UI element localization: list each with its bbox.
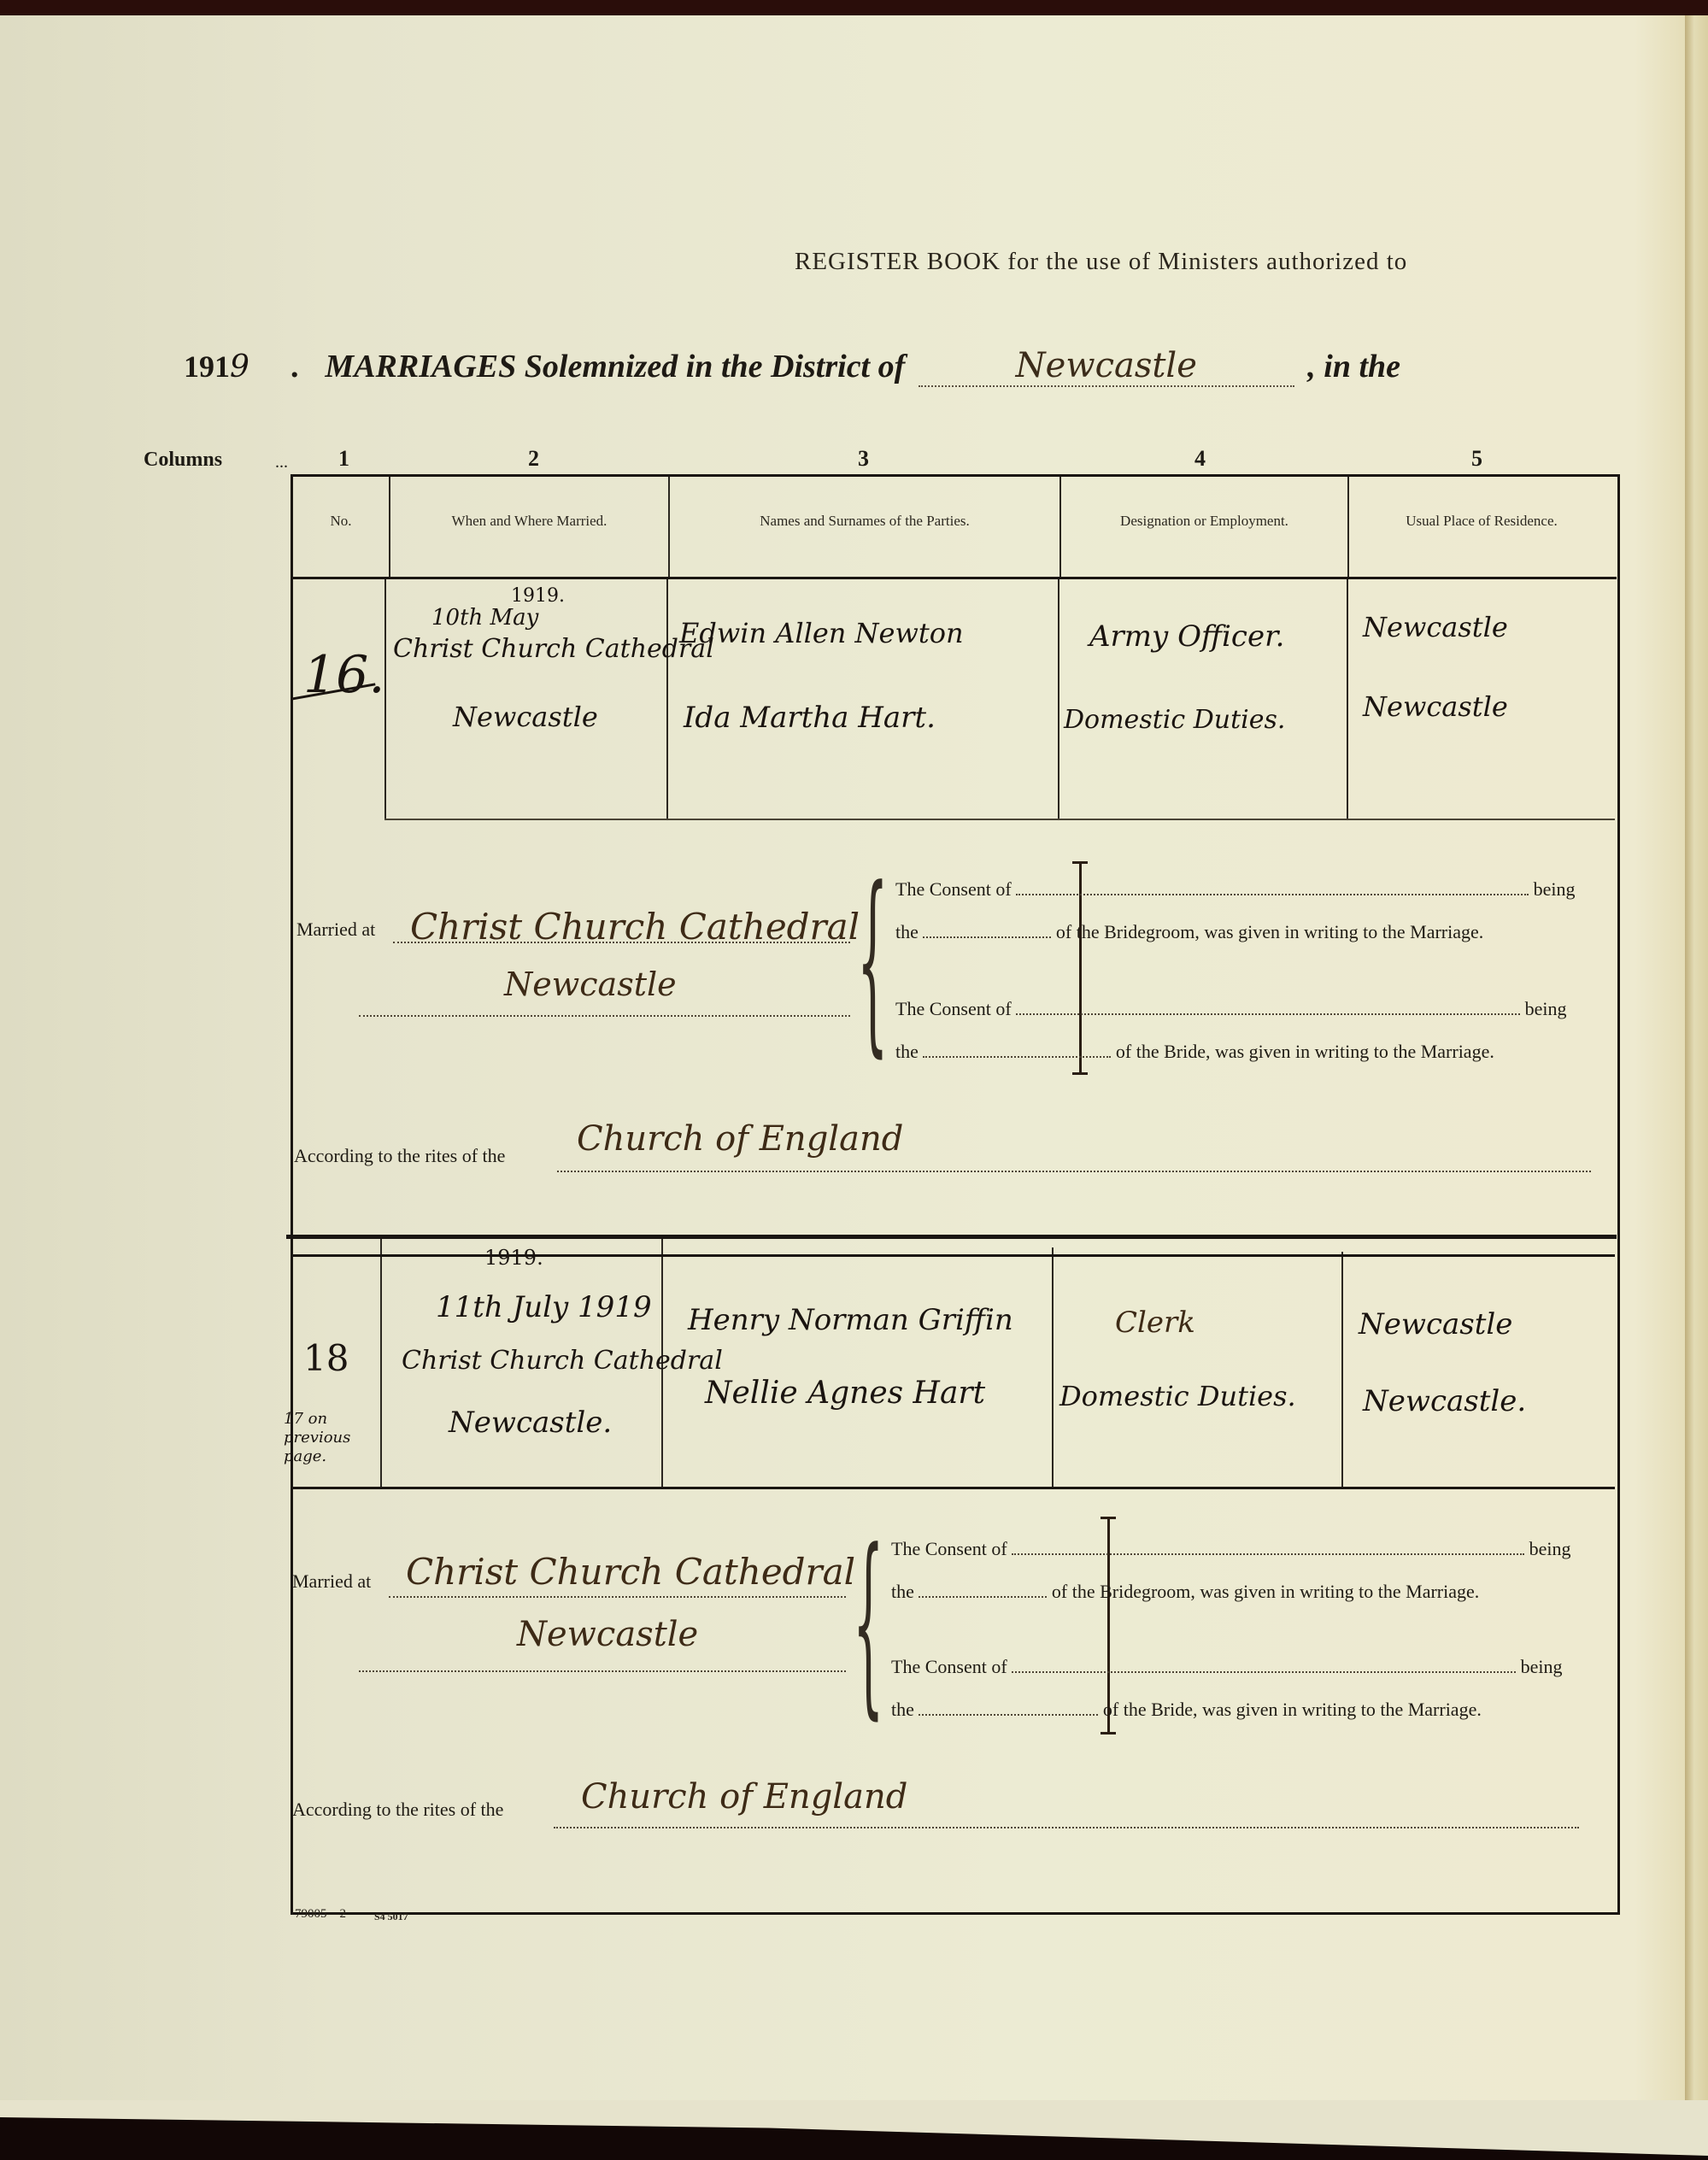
entry-date: 11th July 1919	[436, 1290, 652, 1324]
title-separator: .	[291, 349, 300, 384]
bride-residence: Newcastle	[1363, 690, 1508, 723]
consent-blank	[923, 1056, 1111, 1058]
bride-residence: Newcastle.	[1363, 1384, 1526, 1418]
register-header: REGISTER BOOK for the use of Ministers a…	[795, 248, 1407, 276]
page-title: 1919 . MARRIAGES Solemnized in the Distr…	[184, 346, 1400, 387]
consent-suffix: being	[1525, 998, 1567, 1019]
consent-prefix: The Consent of	[891, 1538, 1007, 1559]
column-header-names: Names and Surnames of the Parties.	[670, 513, 1059, 530]
col-divider	[1341, 1252, 1343, 1487]
groom-residence: Newcastle	[1359, 1307, 1512, 1341]
column-header-no: No.	[293, 513, 389, 530]
entry-place-line1: Christ Church Cathedral	[393, 634, 666, 664]
entry-place-line1: Christ Church Cathedral	[402, 1346, 723, 1376]
row-divider	[291, 1487, 1615, 1489]
form-code: 79005—2	[295, 1907, 346, 1922]
consent-blank	[923, 936, 1051, 938]
married-at-town: Newcastle	[504, 966, 677, 1003]
consent-blank	[919, 1714, 1098, 1716]
entry-year: 1919.	[511, 585, 565, 607]
column-number-1: 1	[338, 446, 349, 472]
consent-blank	[1016, 1013, 1520, 1015]
columns-label: Columns	[144, 449, 222, 472]
consent-blank	[1016, 894, 1529, 895]
column-number-5: 5	[1471, 446, 1482, 472]
consent-prefix: The Consent of	[891, 1656, 1007, 1677]
married-at-town: Newcastle	[517, 1615, 698, 1654]
consent-suffix: being	[1529, 1538, 1571, 1559]
entry-date: 10th May	[431, 605, 538, 631]
col-divider	[1058, 579, 1059, 819]
entry-place-line2: Newcastle.	[449, 1406, 612, 1440]
consent-the: the	[895, 921, 919, 942]
groom-name: Henry Norman Griffin	[688, 1303, 1013, 1337]
married-at-place: Christ Church Cathedral	[410, 906, 860, 948]
district-name: Newcastle	[919, 346, 1294, 387]
groom-name: Edwin Allen Newton	[679, 617, 964, 649]
consent-groom-line1: The Consent of being	[891, 1538, 1592, 1560]
title-text: MARRIAGES Solemnized in the District of	[325, 349, 905, 384]
col-divider	[666, 579, 668, 819]
consent-suffix: being	[1534, 878, 1576, 900]
rites-label: According to the rites of the	[292, 1799, 503, 1821]
consent-blank	[919, 1596, 1047, 1598]
consent-the: the	[891, 1581, 914, 1602]
column-header-designation: Designation or Employment.	[1061, 513, 1347, 530]
consent-prefix: The Consent of	[895, 998, 1012, 1019]
groom-residence: Newcastle	[1363, 611, 1508, 643]
consent-blank	[1012, 1671, 1516, 1673]
consent-bride-line2: the of the Bride, was given in writing t…	[895, 1041, 1605, 1063]
book-cover-bottom	[0, 2117, 1708, 2160]
married-at-place: Christ Church Cathedral	[406, 1551, 855, 1593]
consent-groom-line2: the of the Bridegroom, was given in writ…	[895, 921, 1605, 943]
consent-brace: {	[853, 1525, 884, 1739]
col-divider	[380, 1239, 382, 1487]
rites-label: According to the rites of the	[294, 1145, 505, 1167]
rites-value: Church of England	[577, 1119, 903, 1159]
married-at-label: Married at	[296, 919, 375, 941]
bride-name: Nellie Agnes Hart	[705, 1376, 985, 1411]
consent-groom-text: of the Bridegroom, was given in writing …	[1056, 921, 1483, 942]
consent-bride-line1: The Consent of being	[895, 998, 1596, 1020]
entry-place-line2: Newcastle	[453, 701, 598, 733]
rites-value: Church of England	[581, 1777, 907, 1817]
title-suffix: , in the	[1307, 349, 1400, 384]
consent-bride-line2: the of the Bride, was given in writing t…	[891, 1699, 1600, 1721]
entry-year: 1919.	[484, 1246, 543, 1270]
consent-bride-line1: The Consent of being	[891, 1656, 1592, 1678]
col-divider	[1347, 579, 1348, 819]
print-code: S4 5017	[374, 1911, 408, 1923]
bride-occupation: Domestic Duties.	[1064, 705, 1285, 735]
consent-bride-text: of the Bride, was given in writing to th…	[1116, 1041, 1494, 1062]
margin-note: 17 on previous page.	[284, 1410, 361, 1466]
columns-dots: ...	[275, 453, 288, 472]
column-header-residence: Usual Place of Residence.	[1349, 513, 1614, 530]
page-edge	[1685, 15, 1708, 2100]
entry-number: 18	[303, 1337, 349, 1379]
consent-bride-text: of the Bride, was given in writing to th…	[1103, 1699, 1482, 1720]
header-divider	[291, 577, 1617, 579]
married-at-label: Married at	[292, 1570, 371, 1593]
book-binding-top	[0, 0, 1708, 17]
bride-occupation: Domestic Duties.	[1059, 1380, 1296, 1412]
entry-divider	[286, 1235, 1617, 1239]
consent-groom-line1: The Consent of being	[895, 878, 1596, 901]
col-divider	[1052, 1247, 1054, 1487]
consent-the: the	[891, 1699, 914, 1720]
consent-suffix: being	[1521, 1656, 1563, 1677]
groom-occupation: Clerk	[1115, 1306, 1195, 1340]
title-year-handwritten: 9	[230, 349, 249, 384]
consent-groom-line2: the of the Bridegroom, was given in writ…	[891, 1581, 1600, 1603]
groom-occupation: Army Officer.	[1089, 619, 1284, 654]
consent-the: the	[895, 1041, 919, 1062]
consent-blank	[1012, 1553, 1524, 1555]
consent-prefix: The Consent of	[895, 878, 1012, 900]
column-number-4: 4	[1194, 446, 1206, 472]
title-year-printed: 191	[184, 349, 230, 384]
consent-brace: {	[857, 863, 889, 1077]
column-header-when-where: When and Where Married.	[390, 513, 668, 530]
column-number-3: 3	[858, 446, 869, 472]
column-number-2: 2	[528, 446, 539, 472]
row-divider	[384, 819, 1615, 820]
bride-name: Ida Martha Hart.	[684, 701, 936, 735]
consent-groom-text: of the Bridegroom, was given in writing …	[1052, 1581, 1479, 1602]
